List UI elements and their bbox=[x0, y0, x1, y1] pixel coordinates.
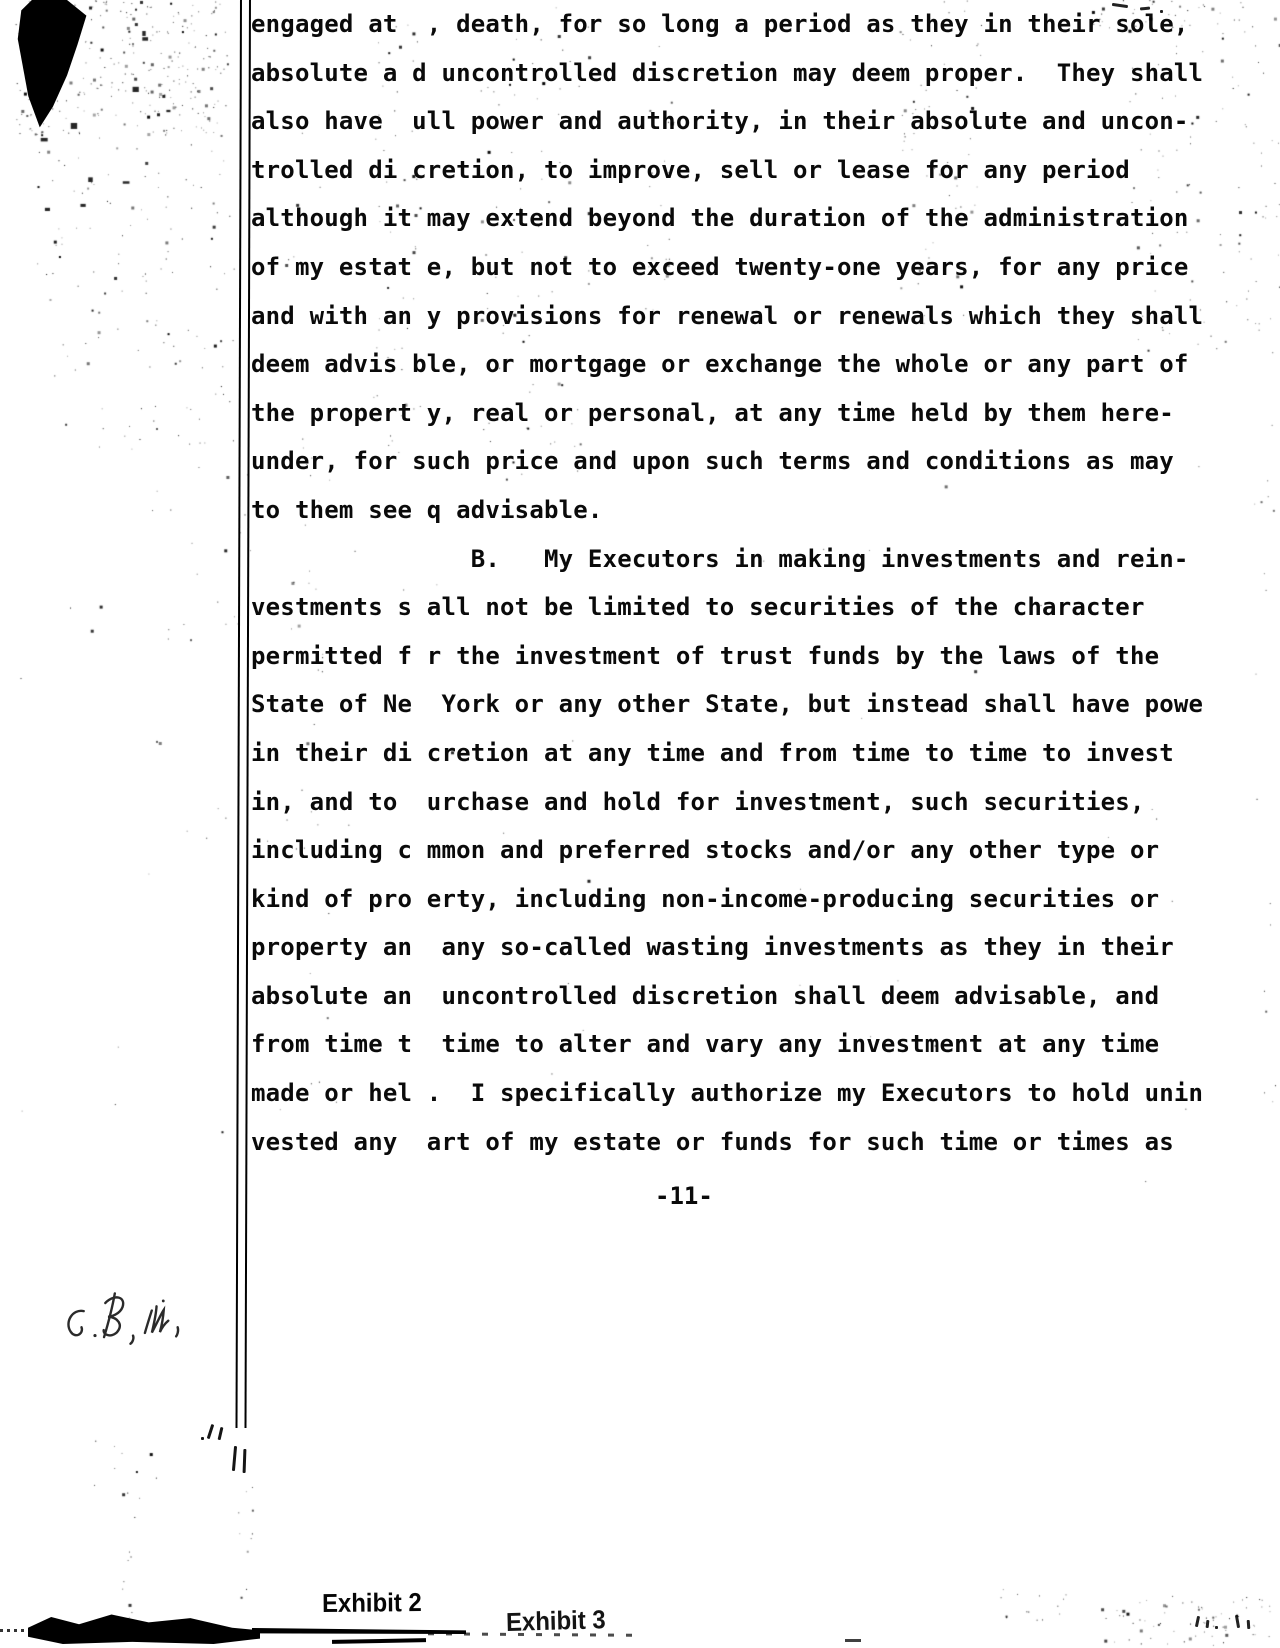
text-line: State of Ne York or any other State, but… bbox=[251, 680, 1241, 729]
text-line: the propert y, real or personal, at any … bbox=[251, 389, 1241, 438]
handwritten-bar-mark bbox=[243, 1449, 247, 1473]
text-line: also have ull power and authority, in th… bbox=[251, 97, 1241, 146]
handwritten-tick-mark bbox=[201, 1437, 204, 1440]
scan-mark-bottom-right bbox=[1247, 1620, 1251, 1629]
text-line: kind of pro erty, including non-income-p… bbox=[251, 875, 1241, 924]
page-number: -11- bbox=[655, 1176, 713, 1216]
scan-mark-bottom-right bbox=[1215, 1626, 1218, 1629]
scan-dash-mark bbox=[845, 1639, 861, 1642]
scan-smear-underline bbox=[332, 1638, 426, 1643]
text-line: engaged at , death, for so long a period… bbox=[251, 0, 1241, 49]
text-line: of my estat e, but not to exceed twenty-… bbox=[251, 243, 1241, 292]
text-line: vestments s all not be limited to securi… bbox=[251, 583, 1241, 632]
text-line: from time t time to alter and vary any i… bbox=[251, 1020, 1241, 1069]
text-line: deem advis ble, or mortgage or exchange … bbox=[251, 340, 1241, 389]
text-line: trolled di cretion, to improve, sell or … bbox=[251, 146, 1241, 195]
scan-mark-bottom-right bbox=[1206, 1620, 1210, 1628]
text-line: under, for such price and upon such term… bbox=[251, 437, 1241, 486]
handwritten-tick-mark bbox=[218, 1427, 223, 1440]
scan-smear-bottom-left bbox=[28, 1608, 260, 1644]
scan-mark-bottom-right bbox=[1235, 1615, 1240, 1628]
handwritten-tick-mark bbox=[207, 1424, 214, 1439]
text-line: although it may extend beyond the durati… bbox=[251, 194, 1241, 243]
text-line: in their di cretion at any time and from… bbox=[251, 729, 1241, 778]
scanned-page: engaged at , death, for so long a period… bbox=[0, 0, 1280, 1648]
exhibit-3-stamp: Exhibit 3 bbox=[506, 1604, 606, 1638]
text-line: made or hel . I specifically authorize m… bbox=[251, 1069, 1241, 1118]
text-line: including c mmon and preferred stocks an… bbox=[251, 826, 1241, 875]
text-line: absolute an uncontrolled discretion shal… bbox=[251, 972, 1241, 1021]
scan-mark-bottom-right bbox=[1195, 1616, 1200, 1627]
text-line: property an any so-called wasting invest… bbox=[251, 923, 1241, 972]
text-line: in, and to urchase and hold for investme… bbox=[251, 778, 1241, 827]
text-line: and with an y provisions for renewal or … bbox=[251, 292, 1241, 341]
text-line: to them see q advisable. bbox=[251, 486, 1241, 535]
document-text: engaged at , death, for so long a period… bbox=[251, 0, 1241, 1166]
text-line: vested any art of my estate or funds for… bbox=[251, 1118, 1241, 1167]
text-line: absolute a d uncontrolled discretion may… bbox=[251, 49, 1241, 98]
signature-initials-icon bbox=[54, 1273, 233, 1357]
text-line: permitted f r the investment of trust fu… bbox=[251, 632, 1241, 681]
scan-blob-top-left bbox=[16, 0, 104, 130]
exhibit-2-stamp: Exhibit 2 bbox=[322, 1587, 422, 1619]
scan-mark-top-right bbox=[1160, 10, 1163, 13]
text-line: B. My Executors in making investments an… bbox=[251, 535, 1241, 584]
scan-smear-edge-dots bbox=[0, 1629, 28, 1632]
handwritten-bar-mark bbox=[232, 1446, 237, 1471]
left-margin-double-rule bbox=[236, 0, 251, 1428]
